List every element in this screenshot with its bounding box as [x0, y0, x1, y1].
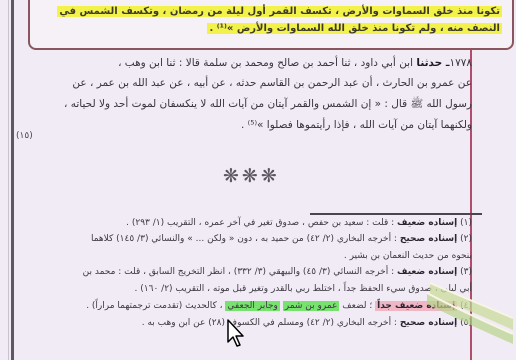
page-number: (١٥) — [16, 131, 33, 141]
page-edge-shadow — [8, 0, 9, 360]
page-left-border — [11, 0, 14, 360]
hadith-number: ١٧٧٨ — [449, 57, 472, 69]
footnote-2-cont: بنحوه من حديث النعمان بن بشير . — [344, 250, 472, 263]
highlight-green-1: عمرو بن شمر — [283, 301, 340, 311]
highlighted-callout-box: تكونا منذ خلق السماوات والأرض ، تكسف الق… — [28, 0, 514, 50]
footnote-3-cont: أبي ليلى ، صدوق سيء الحفظ جداً ، اختلط ر… — [135, 283, 472, 296]
footnote-rule — [310, 213, 482, 215]
footnote-4: (٤) إسناده ضعيف جداً ؛ لضعف عمرو بن شمر … — [86, 300, 472, 313]
hadith-opening: ـ حدثنا — [416, 57, 449, 69]
highlight-green-2: وجابر الجعفي — [225, 301, 279, 311]
footnote-3: (٣) إسناده ضعيف : أخرجه النسائي (٣/ ٤٥) … — [83, 266, 472, 279]
footnote-1: (١) إسناده ضعيف : قلت : سعيد بن حفص ، صد… — [126, 217, 472, 230]
ribbon-watermark-icon — [425, 278, 515, 348]
hadith-line-2: عن عمرو بن الحارث ، أن عبد الرحمن بن الق… — [72, 75, 472, 91]
callout-line-2: النصف منه ، ولم تكونا منذ خلق الله السما… — [207, 21, 502, 36]
footnote-5: (٥) إسناده صحيح : أخرجه البخاري (٢/ ٤٢) … — [142, 317, 472, 330]
callout-line-1: تكونا منذ خلق السماوات والأرض ، تكسف الق… — [57, 4, 502, 19]
footnote-2: (٢) إسناده صحيح : أخرجه البخاري (٢/ ٤٢) … — [91, 233, 472, 246]
hadith-line-1: ١٧٧٨ـ حدثنا ابن أبي داود ، ثنا أحمد بن ص… — [118, 55, 472, 71]
hadith-line-4: ولكنهما آيتان من آيات الله ، فإذا رأيتمو… — [241, 117, 472, 133]
mouse-cursor-icon — [226, 318, 248, 348]
section-separator: ❋❋❋ — [223, 165, 280, 187]
hadith-line-3: رسول الله ﷺ قال : « إن الشمس والقمر آيتا… — [64, 96, 472, 112]
